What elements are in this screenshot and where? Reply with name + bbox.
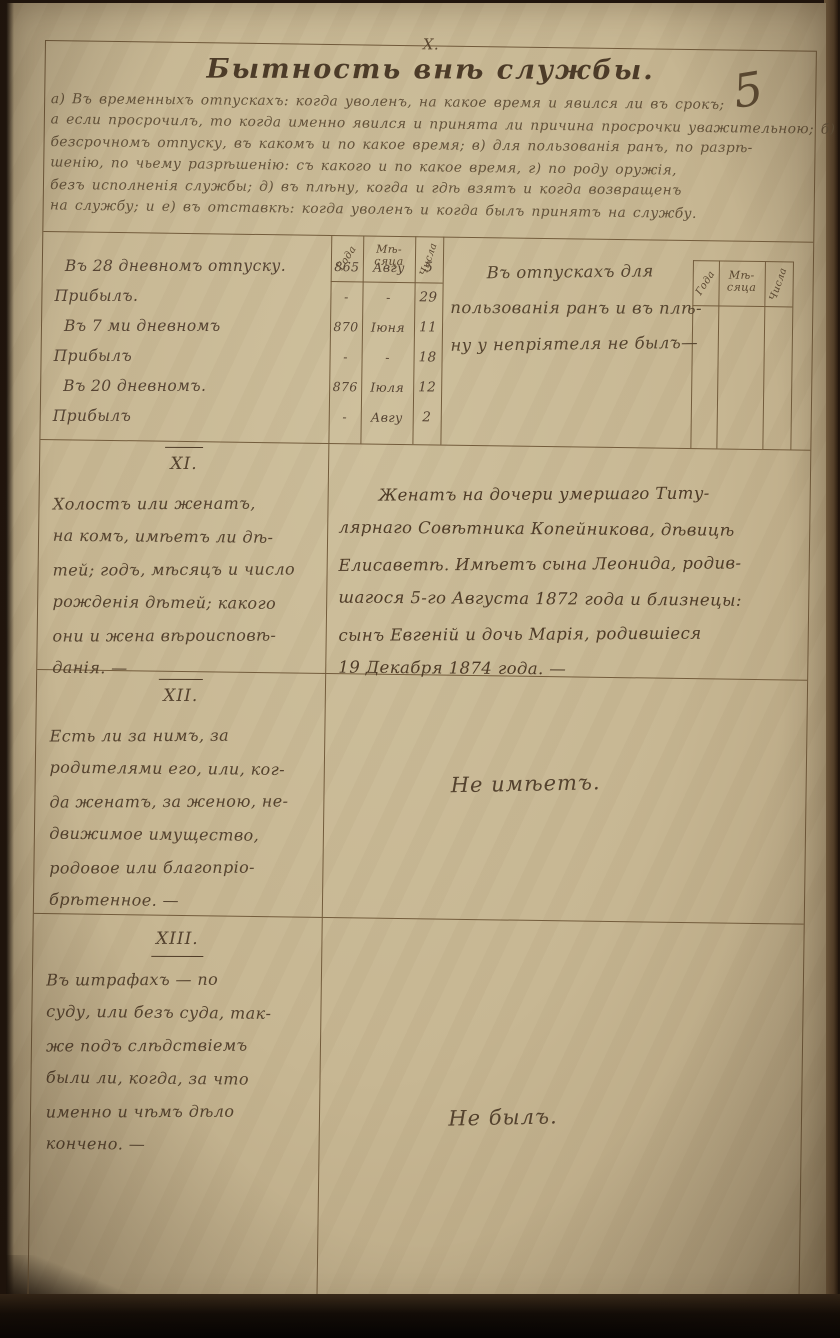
month-value: - (361, 349, 413, 368)
year-value: - (329, 349, 361, 367)
handwritten-line: родителями его, или, ког- (49, 751, 311, 787)
day-column-header: Числа (418, 241, 439, 277)
handwritten-line: Есть ли за нимъ, за (50, 718, 312, 752)
handwritten-line: родовое или благопріо- (49, 850, 311, 884)
handwritten-line: движимое имущество, (49, 817, 311, 853)
penalties-answer: Не былъ. (403, 1104, 603, 1130)
handwritten-line: брѣтенное. — (49, 883, 311, 919)
day-column-header: Числа (768, 266, 789, 302)
second-page-edge (824, 0, 838, 1294)
leave-entry-label: Въ 20 дневномъ. (41, 377, 329, 395)
handwritten-line: лярнаго Совѣтника Копейникова, дѣвицѣ (338, 510, 808, 549)
date-columns-header-left: Года Мѣ- сяца Числа (331, 235, 444, 284)
leave-entry-row: Въ 7 ми дневномъ870Іюня11 (42, 303, 442, 339)
day-value: 29 (414, 289, 442, 308)
table-vertical-rule (690, 260, 694, 448)
handwritten-line: тей; годъ, мѣсяцъ и число (53, 552, 315, 586)
scan-bottom-band (0, 1294, 840, 1338)
question-text: Въ штрафахъ — посуду, или безъ суда, так… (46, 962, 309, 1161)
question-text: Есть ли за нимъ, зародителями его, или, … (49, 719, 312, 918)
section-numeral-xii: XII. (50, 679, 312, 714)
handwritten-line: пользованія ранъ и въ плѣ- (450, 290, 690, 327)
day-value: 12 (413, 379, 441, 398)
page-title: Бытность внѣ службы. (46, 53, 816, 87)
column-header-text: а) Въ временныхъ отпускахъ: когда уволен… (50, 89, 805, 225)
handwritten-line: же подъ слѣдствіемъ (46, 1028, 308, 1062)
day-value: 2 (413, 409, 441, 428)
date-columns-header-right: Года Мѣ- сяца Числа (692, 260, 793, 307)
year-value: 870 (330, 319, 362, 337)
handwritten-line: кончено. — (46, 1127, 308, 1163)
section-numeral-xi: XI. (53, 447, 315, 482)
leave-entry-label: Прибылъ. (42, 287, 330, 305)
handwritten-line: 19 Декабря 1874 года. — (338, 650, 808, 689)
month-value: Іюня (362, 319, 414, 338)
question-penalties: XIII. Въ штрафахъ — посуду, или безъ суд… (46, 922, 309, 1161)
handwritten-line: да женатъ, за женою, не- (49, 784, 311, 818)
handwritten-line: шагося 5-го Августа 1872 года и близнецы… (338, 580, 808, 619)
handwritten-line: именно и чѣмъ дѣло (46, 1094, 308, 1128)
handwritten-line: сынъ Евгеній и дочь Марія, родившіеся (338, 615, 808, 653)
question-property: XII. Есть ли за нимъ, зародителями его, … (49, 679, 312, 918)
handwritten-line: Не имѣетъ. (415, 770, 635, 798)
paper-left-edge (6, 3, 14, 1315)
wounds-captivity-note: Въ отпускахъ дляпользованія ранъ и въ пл… (450, 254, 690, 363)
month-value: Іюля (361, 379, 413, 398)
leave-entry-label: Прибылъ (41, 407, 329, 425)
month-column-header: Мѣ- сяца (718, 261, 765, 306)
handwritten-line: ну у непріятеля не былъ— (450, 325, 690, 364)
handwritten-line: Елисаветѣ. Имѣетъ сына Леонида, родив- (338, 545, 808, 583)
section-numeral-xiii: XIII. (46, 922, 308, 957)
year-column-header: Года (335, 244, 359, 272)
handwritten-line: Въ штрафахъ — по (46, 962, 308, 996)
handwritten-line: на комъ, имѣетъ ли дѣ- (53, 519, 315, 555)
leave-entry-label: Прибылъ (42, 347, 330, 365)
question-text: Холостъ или женатъ,на комъ, имѣетъ ли дѣ… (52, 487, 315, 686)
leave-entry-row: Въ 20 дневномъ.876Іюля12 (41, 363, 441, 399)
form-table-frame: X. Бытность внѣ службы. 5 а) Въ временны… (27, 40, 816, 1307)
handwritten-line: Женатъ на дочери умершаго Титу- (339, 475, 809, 513)
handwritten-line: Въ отпускахъ для (450, 253, 690, 292)
handwritten-line: они и жена вѣроисповѣ- (52, 618, 314, 652)
leave-entry-label: Въ 7 ми дневномъ (42, 317, 330, 335)
day-value: 11 (414, 319, 442, 338)
photo-background: X. Бытность внѣ службы. 5 а) Въ временны… (0, 0, 840, 1338)
leave-record-row: Въ 28 дневномъ отпуску.865Авгу5Прибылъ.-… (40, 231, 813, 450)
month-value: Авгу (361, 409, 413, 428)
property-answer: Не имѣетъ. (416, 770, 636, 797)
year-value: - (329, 409, 361, 427)
handwritten-line: Не былъ. (403, 1103, 603, 1131)
year-value: 876 (329, 379, 361, 397)
document-page: X. Бытность внѣ службы. 5 а) Въ временны… (6, 3, 826, 1315)
month-value: - (362, 289, 414, 308)
leave-entry-row: Прибылъ--18 (41, 333, 441, 369)
day-value: 18 (413, 349, 441, 368)
handwritten-line: суду, или безъ суда, так- (46, 995, 308, 1031)
year-column-header: Года (694, 269, 718, 297)
handwritten-line: рожденія дѣтей; какого (52, 585, 314, 621)
leave-entry-label: Въ 28 дневномъ отпуску. (43, 257, 331, 275)
question-marital-status: XI. Холостъ или женатъ,на комъ, имѣетъ л… (52, 447, 315, 686)
handwritten-line: Холостъ или женатъ, (53, 486, 315, 520)
handwritten-line: были ли, когда, за что (46, 1061, 308, 1097)
month-column-header: Мѣ- сяца (363, 235, 416, 282)
marital-status-answer: Женатъ на дочери умершаго Титу-лярнаго С… (338, 476, 808, 687)
year-value: - (330, 289, 362, 307)
leave-entry-row: Прибылъ-Авгу2 (41, 393, 441, 429)
